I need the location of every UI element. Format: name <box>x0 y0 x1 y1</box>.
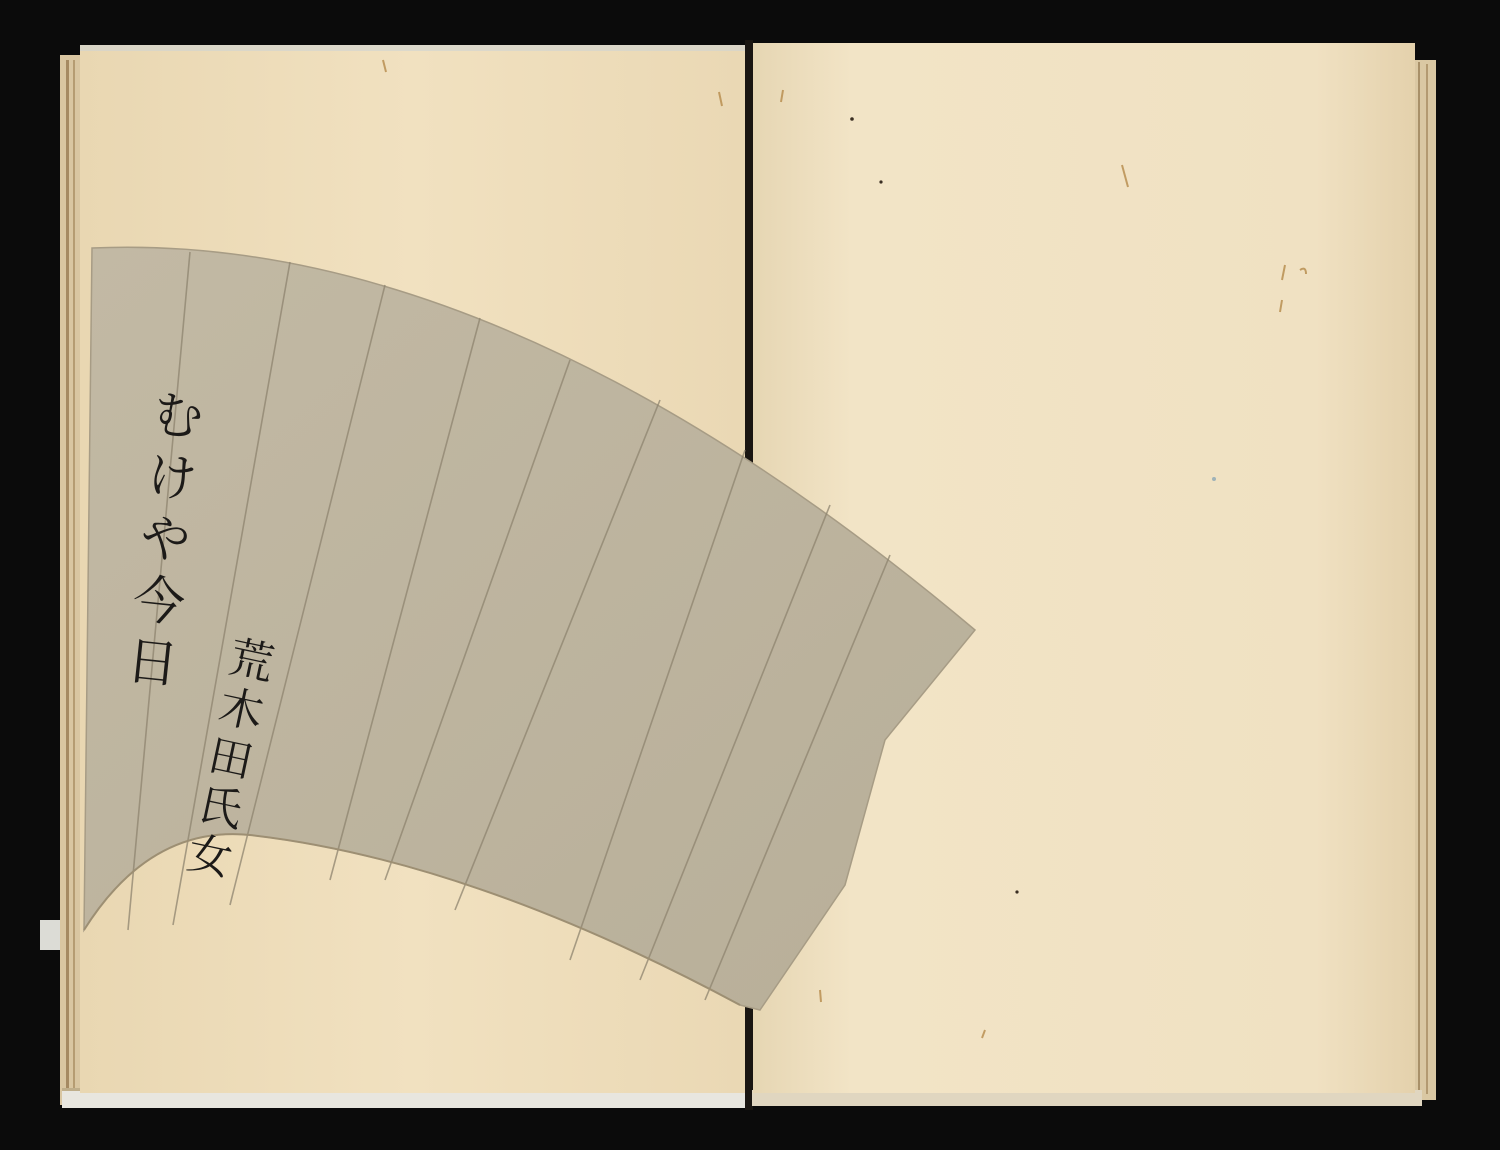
right-page-area <box>750 45 1420 1105</box>
book-photo: むけや今日 荒木田氏女 <box>0 0 1500 1150</box>
left-page-area <box>80 45 745 1093</box>
